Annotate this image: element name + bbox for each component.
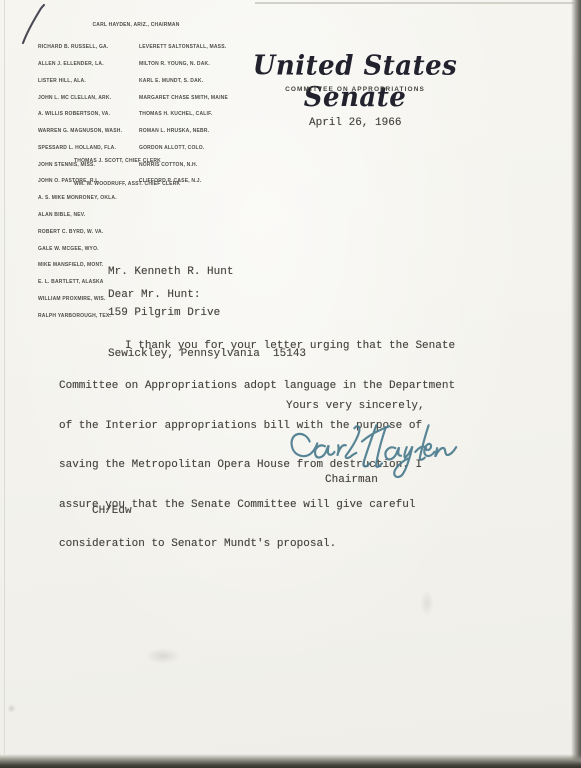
member-name: MILTON R. YOUNG, N. DAK.: [139, 62, 228, 68]
member-name: ALLEN J. ELLENDER, LA.: [38, 62, 122, 68]
letterhead-chairman-line: CARL HAYDEN, ARIZ., CHAIRMAN: [38, 23, 234, 29]
scan-shadow-bottom: [0, 754, 581, 768]
recipient-name: Mr. Kenneth R. Hunt: [108, 266, 306, 280]
member-name: WARREN G. MAGNUSON, WASH.: [38, 129, 122, 135]
committee-name: COMMITTEE ON APPROPRIATIONS: [252, 86, 458, 93]
member-name: ROMAN L. HRUSKA, NEBR.: [139, 129, 228, 135]
paper-smudge: [146, 648, 180, 664]
body-line: Committee on Appropriations adopt langua…: [59, 380, 455, 393]
complimentary-close: Yours very sincerely,: [286, 400, 425, 412]
member-name: LEVERETT SALTONSTALL, MASS.: [139, 45, 228, 51]
asst-chief-clerk-line: WM. W. WOODRUFF, ASST. CHIEF CLERK: [74, 181, 180, 189]
chief-clerk-line: THOMAS J. SCOTT, CHIEF CLERK: [74, 158, 180, 166]
body-line: consideration to Senator Mundt's proposa…: [59, 538, 455, 551]
signer-title: Chairman: [325, 474, 378, 486]
paper-smudge: [420, 590, 434, 616]
scanned-letter-page: CARL HAYDEN, ARIZ., CHAIRMAN RICHARD B. …: [0, 0, 581, 768]
member-name: THOMAS H. KUCHEL, CALIF.: [139, 112, 228, 118]
senate-letterhead-title: United States Senate: [252, 51, 458, 113]
letterhead-clerks: THOMAS J. SCOTT, CHIEF CLERK WM. W. WOOD…: [74, 143, 180, 204]
paper-smudge: [7, 704, 16, 713]
member-name: A. WILLIS ROBERTSON, VA.: [38, 112, 122, 118]
scan-edge-left: [4, 0, 5, 754]
member-name: ALAN BIBLE, NEV.: [38, 213, 122, 219]
member-name: MARGARET CHASE SMITH, MAINE: [139, 96, 228, 102]
salutation: Dear Mr. Hunt:: [108, 289, 200, 301]
member-name: LISTER HILL, ALA.: [38, 79, 122, 85]
body-line: I thank you for your letter urging that …: [59, 340, 455, 353]
member-name: ROBERT C. BYRD, W. VA.: [38, 230, 122, 236]
scan-shadow-right: [571, 0, 581, 768]
member-name: JOHN L. MC CLELLAN, ARK.: [38, 96, 122, 102]
scan-edge-top: [255, 2, 577, 4]
member-name: KARL E. MUNDT, S. DAK.: [139, 79, 228, 85]
letter-date: April 26, 1966: [309, 117, 401, 129]
member-name: RICHARD B. RUSSELL, GA.: [38, 45, 122, 51]
typist-reference-initials: CH/Edw: [92, 505, 132, 517]
